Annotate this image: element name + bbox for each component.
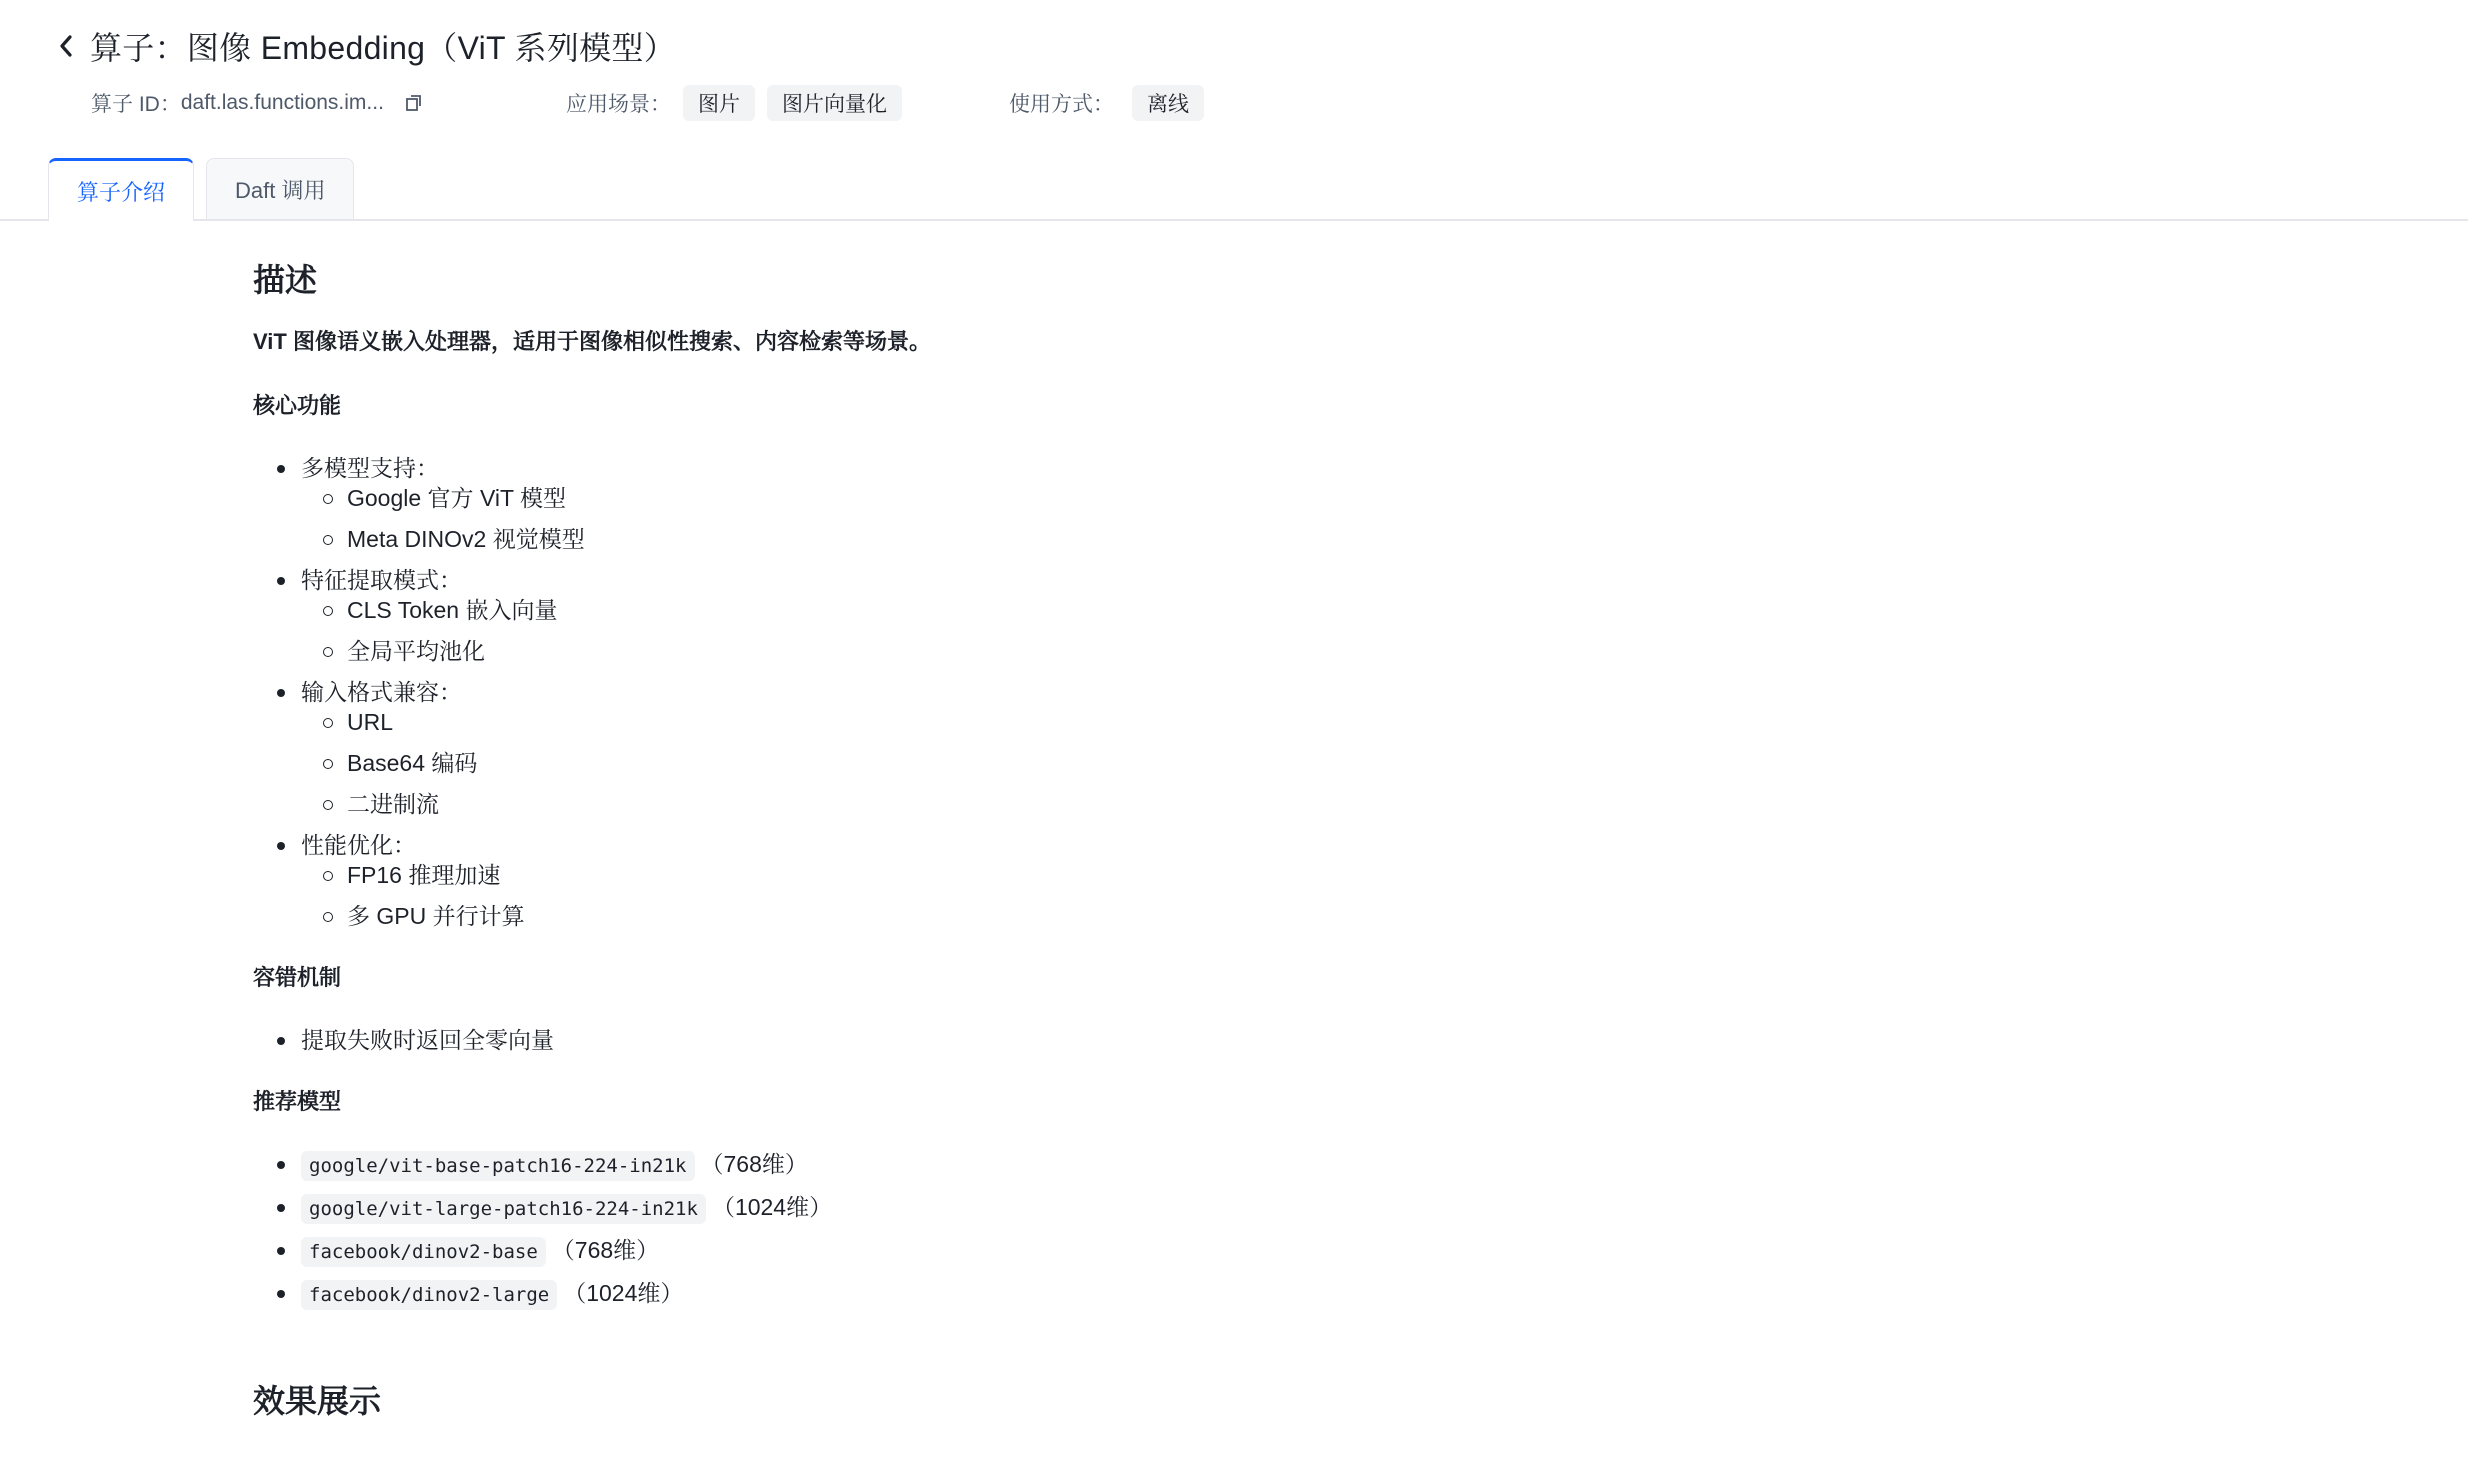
list-item: 多模型支持： Google 官方 ViT 模型 Meta DINOv2 视觉模型 [253, 452, 2253, 555]
scenario-tag: 图片 [683, 85, 755, 121]
list-item: 输入格式兼容： URL Base64 编码 二进制流 [253, 676, 2253, 820]
usage-label: 使用方式： [1009, 88, 1114, 118]
list-item: Base64 编码 [301, 747, 2253, 779]
title-row: 算子：图像 Embedding（ViT 系列模型） [52, 22, 676, 70]
recommended-models-heading: 推荐模型 [253, 1086, 2253, 1118]
list-item: google/vit-base-patch16-224-in21k（768维） [253, 1148, 2253, 1182]
tab-operator-intro[interactable]: 算子介绍 [48, 158, 194, 221]
list-item: facebook/dinov2-base（768维） [253, 1234, 2253, 1268]
copy-icon[interactable] [404, 93, 424, 113]
operator-id: 算子 ID： daft.las.functions.im... [91, 83, 424, 123]
core-features-list: 多模型支持： Google 官方 ViT 模型 Meta DINOv2 视觉模型… [253, 452, 2253, 932]
list-item: Google 官方 ViT 模型 [301, 482, 2253, 514]
page-header: 算子：图像 Embedding（ViT 系列模型） 算子 ID： daft.la… [0, 0, 2468, 220]
list-item: 二进制流 [301, 788, 2253, 820]
operator-id-label: 算子 ID： [91, 88, 181, 118]
fault-tolerance-list: 提取失败时返回全零向量 [253, 1024, 2253, 1056]
list-item: 提取失败时返回全零向量 [253, 1024, 2253, 1056]
usage: 使用方式： 离线 [1009, 83, 1216, 123]
fault-tolerance-heading: 容错机制 [253, 962, 2253, 994]
tab-divider [0, 219, 2468, 221]
model-name: facebook/dinov2-base [301, 1237, 546, 1267]
description-heading: 描述 [253, 256, 2253, 304]
model-name: facebook/dinov2-large [301, 1280, 557, 1310]
list-item: FP16 推理加速 [301, 859, 2253, 891]
list-item: 特征提取模式： CLS Token 嵌入向量 全局平均池化 [253, 564, 2253, 667]
list-item: google/vit-large-patch16-224-in21k（1024维… [253, 1191, 2253, 1225]
list-item: 全局平均池化 [301, 635, 2253, 667]
list-item: Meta DINOv2 视觉模型 [301, 523, 2253, 555]
chevron-left-icon [58, 34, 74, 58]
list-item: CLS Token 嵌入向量 [301, 594, 2253, 626]
tab-bar: 算子介绍 Daft 调用 [48, 158, 366, 220]
back-button[interactable] [52, 26, 80, 66]
meta-row: 算子 ID： daft.las.functions.im... 应用场景： 图片… [91, 83, 2391, 123]
list-item: URL [301, 706, 2253, 738]
demo-heading: 效果展示 [253, 1377, 2253, 1425]
list-item: 性能优化： FP16 推理加速 多 GPU 并行计算 [253, 829, 2253, 932]
scenario: 应用场景： 图片 图片向量化 [566, 83, 914, 123]
model-name: google/vit-large-patch16-224-in21k [301, 1194, 706, 1224]
list-item: 多 GPU 并行计算 [301, 900, 2253, 932]
scenario-tag: 图片向量化 [767, 85, 902, 121]
tab-daft-call[interactable]: Daft 调用 [206, 158, 354, 220]
intro-content: 描述 ViT 图像语义嵌入处理器，适用于图像相似性搜索、内容检索等场景。 核心功… [253, 240, 2253, 1425]
list-item: facebook/dinov2-large（1024维） [253, 1277, 2253, 1311]
page-title: 算子：图像 Embedding（ViT 系列模型） [90, 23, 676, 69]
core-features-heading: 核心功能 [253, 390, 2253, 422]
operator-id-value: daft.las.functions.im... [181, 91, 384, 115]
description-text: ViT 图像语义嵌入处理器，适用于图像相似性搜索、内容检索等场景。 [253, 326, 2253, 358]
recommended-models-list: google/vit-base-patch16-224-in21k（768维） … [253, 1148, 2253, 1311]
model-name: google/vit-base-patch16-224-in21k [301, 1151, 695, 1181]
usage-tag: 离线 [1132, 85, 1204, 121]
scenario-label: 应用场景： [566, 88, 671, 118]
